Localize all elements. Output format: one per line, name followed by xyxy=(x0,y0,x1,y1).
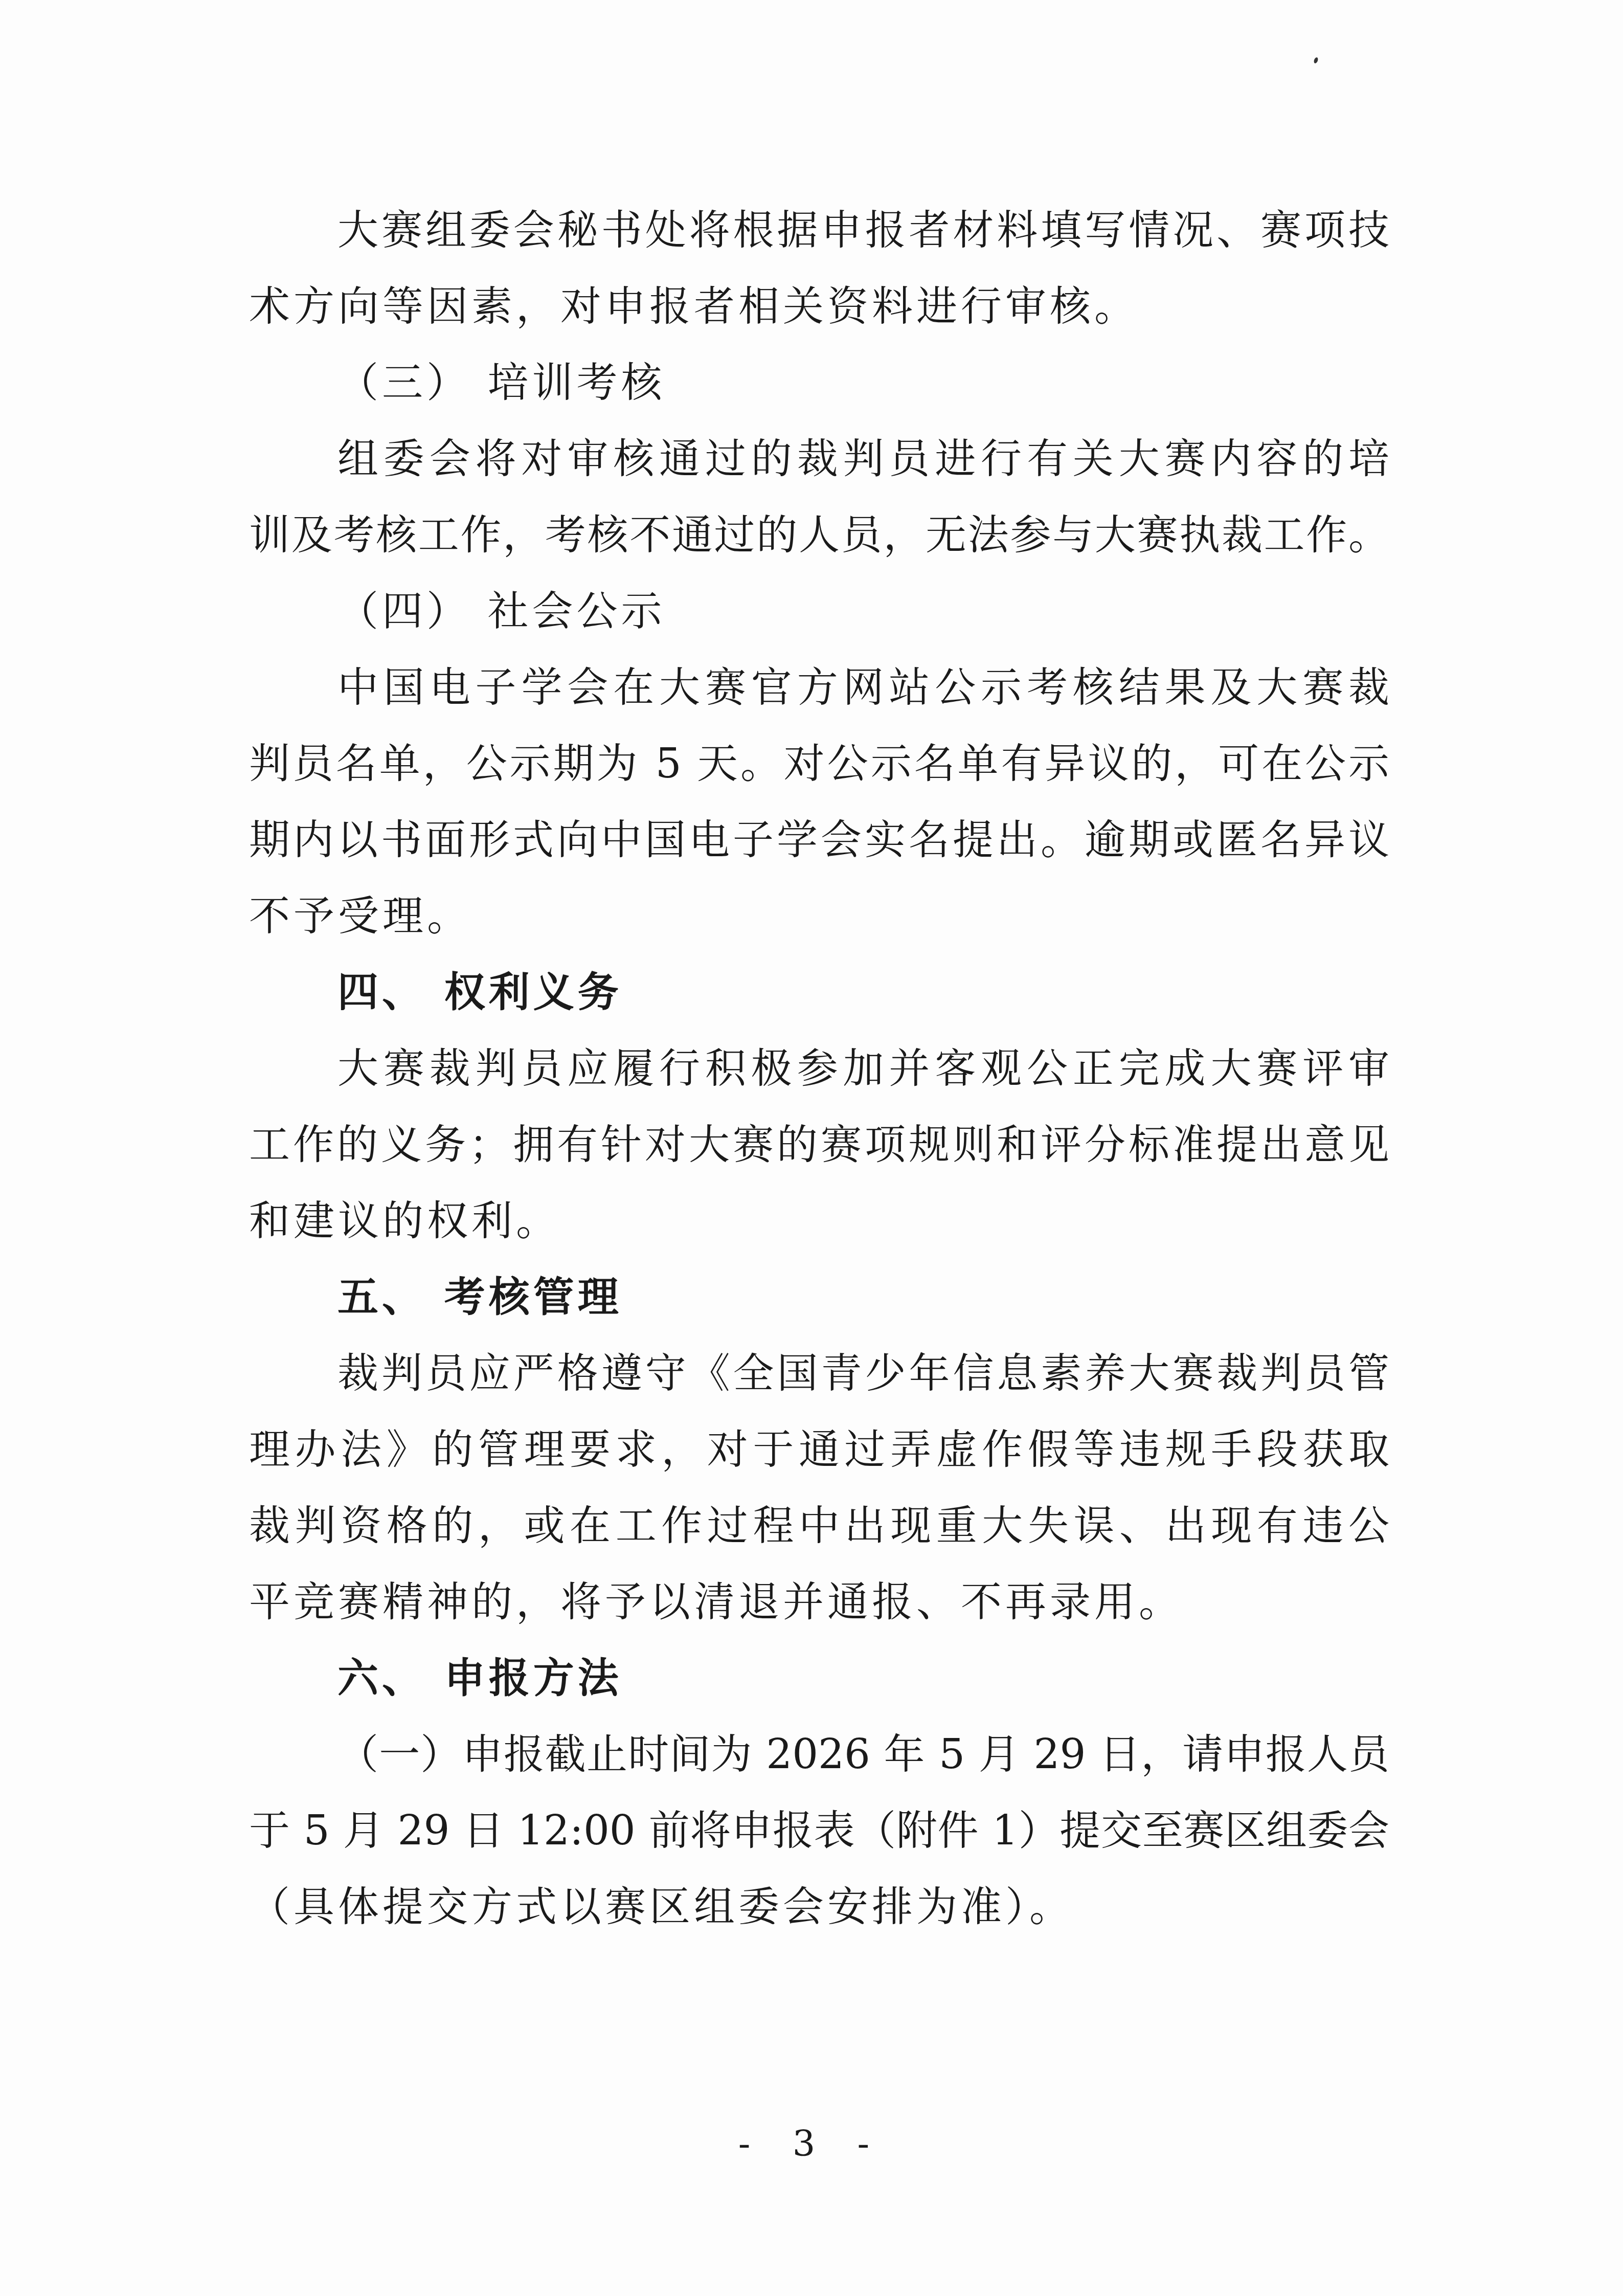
document-body: 大赛组委会秘书处将根据申报者材料填写情况、赛项技 术方向等因素，对申报者相关资料… xyxy=(249,192,1389,1945)
paragraph-training-line-1: 组委会将对审核通过的裁判员进行有关大赛内容的培 xyxy=(249,420,1389,497)
paragraph-application-line-1: （一）申报截止时间为 2026 年 5 月 29 日，请申报人员 xyxy=(249,1716,1389,1792)
paragraph-review-line-1: 大赛组委会秘书处将根据申报者材料填写情况、赛项技 xyxy=(249,192,1389,268)
subheading-public-notice: （四） 社会公示 xyxy=(249,573,1389,649)
paragraph-management-line-4: 平竞赛精神的，将予以清退并通报、不再录用。 xyxy=(249,1564,1389,1640)
paragraph-notice-line-2: 判员名单，公示期为 5 天。对公示名单有异议的，可在公示 xyxy=(249,725,1389,801)
heading-assessment-management: 五、 考核管理 xyxy=(249,1259,1389,1335)
paragraph-application-line-2: 于 5 月 29 日 12:00 前将申报表（附件 1）提交至赛区组委会 xyxy=(249,1792,1389,1868)
paragraph-notice-line-3: 期内以书面形式向中国电子学会实名提出。逾期或匿名异议 xyxy=(249,801,1389,878)
paragraph-management-line-2: 理办法》的管理要求，对于通过弄虚作假等违规手段获取 xyxy=(249,1411,1389,1487)
paragraph-notice-line-4: 不予受理。 xyxy=(249,878,1389,954)
paragraph-notice-line-1: 中国电子学会在大赛官方网站公示考核结果及大赛裁 xyxy=(249,649,1389,725)
paragraph-rights-line-3: 和建议的权利。 xyxy=(249,1183,1389,1259)
paragraph-rights-line-1: 大赛裁判员应履行积极参加并客观公正完成大赛评审 xyxy=(249,1030,1389,1106)
scan-speck xyxy=(1313,57,1319,64)
paragraph-rights-line-2: 工作的义务；拥有针对大赛的赛项规则和评分标准提出意见 xyxy=(249,1106,1389,1183)
paragraph-review-line-2: 术方向等因素，对申报者相关资料进行审核。 xyxy=(249,268,1389,344)
paragraph-application-line-3: （具体提交方式以赛区组委会安排为准）。 xyxy=(249,1868,1389,1945)
heading-application-method: 六、 申报方法 xyxy=(249,1640,1389,1716)
heading-rights-duties: 四、 权利义务 xyxy=(249,954,1389,1030)
page-number: - 3 - xyxy=(0,2123,1623,2165)
paragraph-management-line-1: 裁判员应严格遵守《全国青少年信息素养大赛裁判员管 xyxy=(249,1335,1389,1411)
paragraph-management-line-3: 裁判资格的，或在工作过程中出现重大失误、出现有违公 xyxy=(249,1487,1389,1564)
paragraph-training-line-2: 训及考核工作，考核不通过的人员，无法参与大赛执裁工作。 xyxy=(249,497,1389,573)
subheading-training-assessment: （三） 培训考核 xyxy=(249,344,1389,420)
document-page: 大赛组委会秘书处将根据申报者材料填写情况、赛项技 术方向等因素，对申报者相关资料… xyxy=(0,0,1623,2296)
